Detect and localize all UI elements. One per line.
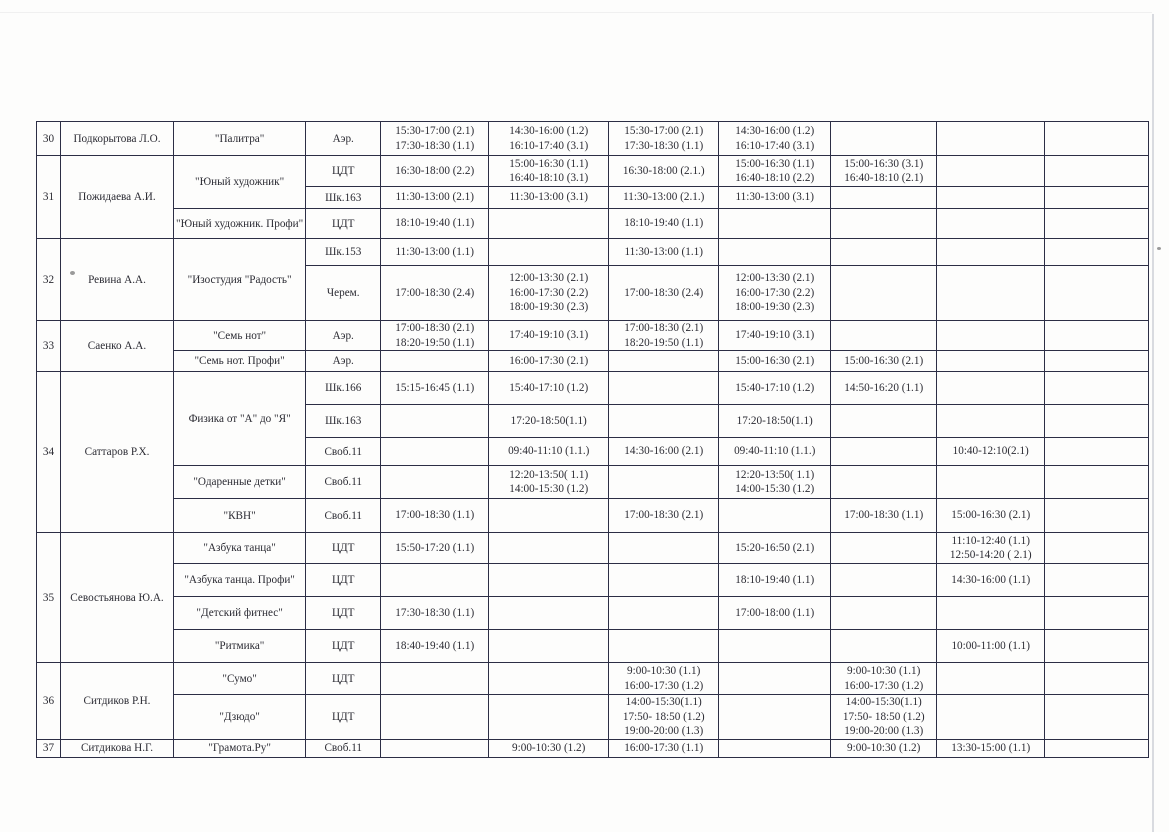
schedule-cell-day-7 bbox=[1045, 663, 1149, 695]
time-slot: 17:30-18:30 (1.1) bbox=[383, 139, 486, 154]
time-slot: 16:40-18:10 (3.1) bbox=[491, 171, 606, 186]
schedule-cell-day-3: 11:30-13:00 (2.1.) bbox=[609, 187, 719, 209]
schedule-cell-day-4 bbox=[719, 630, 831, 663]
schedule-cell-day-4 bbox=[719, 695, 831, 740]
table-row: "Азбука танца. Профи"ЦДТ18:10-19:40 (1.1… bbox=[37, 564, 1149, 597]
time-slot: 15:00-16:30 (1.1) bbox=[491, 157, 606, 172]
schedule-cell-day-5 bbox=[831, 209, 937, 239]
venue: Аэр. bbox=[306, 321, 381, 351]
table-row: "Одаренные детки"Своб.1112:20-13:50( 1.1… bbox=[37, 466, 1149, 499]
schedule-cell-day-1: 17:00-18:30 (2.4) bbox=[381, 266, 489, 321]
schedule-cell-day-7 bbox=[1045, 499, 1149, 533]
venue: ЦДТ bbox=[306, 695, 381, 740]
time-slot: 18:10-19:40 (1.1) bbox=[611, 216, 716, 231]
schedule-cell-day-7 bbox=[1045, 122, 1149, 156]
schedule-cell-day-5 bbox=[831, 321, 937, 351]
schedule-cell-day-5 bbox=[831, 466, 937, 499]
time-slot: 15:50-17:20 (1.1) bbox=[383, 541, 486, 556]
time-slot: 9:00-10:30 (1.2) bbox=[491, 741, 606, 756]
schedule-body: 30Подкорытова Л.О."Палитра"Аэр.15:30-17:… bbox=[37, 122, 1149, 758]
schedule-cell-day-1: 16:30-18:00 (2.2) bbox=[381, 156, 489, 187]
schedule-cell-day-1 bbox=[381, 466, 489, 499]
schedule-cell-day-4: 17:40-19:10 (3.1) bbox=[719, 321, 831, 351]
time-slot: 16:00-17:30 (2.2) bbox=[491, 286, 606, 301]
schedule-cell-day-1: 11:30-13:00 (1.1) bbox=[381, 239, 489, 266]
schedule-cell-day-6 bbox=[937, 663, 1045, 695]
time-slot: 17:40-19:10 (3.1) bbox=[721, 328, 828, 343]
venue: Своб.11 bbox=[306, 739, 381, 757]
schedule-cell-day-6: 15:00-16:30 (2.1) bbox=[937, 499, 1045, 533]
venue: Аэр. bbox=[306, 122, 381, 156]
schedule-cell-day-3 bbox=[609, 466, 719, 499]
program-name: Физика от "А" до "Я" bbox=[174, 372, 306, 466]
time-slot: 15:00-16:30 (3.1) bbox=[833, 157, 934, 172]
schedule-cell-day-6 bbox=[937, 209, 1045, 239]
schedule-cell-day-3 bbox=[609, 372, 719, 405]
venue: Шк.163 bbox=[306, 405, 381, 438]
table-row: 34Саттаров Р.Х.Физика от "А" до "Я"Шк.16… bbox=[37, 372, 1149, 405]
time-slot: 17:00-18:30 (2.4) bbox=[611, 286, 716, 301]
schedule-cell-day-3: 16:00-17:30 (1.1) bbox=[609, 739, 719, 757]
schedule-cell-day-4: 17:20-18:50(1.1) bbox=[719, 405, 831, 438]
time-slot: 9:00-10:30 (1.2) bbox=[833, 741, 934, 756]
schedule-cell-day-3 bbox=[609, 597, 719, 630]
time-slot: 12:20-13:50( 1.1) bbox=[721, 468, 828, 483]
schedule-cell-day-1 bbox=[381, 663, 489, 695]
schedule-cell-day-2 bbox=[489, 564, 609, 597]
table-row: "Юный художник. Профи"ЦДТ18:10-19:40 (1.… bbox=[37, 209, 1149, 239]
schedule-cell-day-1: 15:15-16:45 (1.1) bbox=[381, 372, 489, 405]
time-slot: 18:00-19:30 (2.3) bbox=[491, 300, 606, 315]
schedule-cell-day-3: 11:30-13:00 (1.1) bbox=[609, 239, 719, 266]
table-row: 35Севостьянова Ю.А."Азбука танца"ЦДТ15:5… bbox=[37, 533, 1149, 564]
teacher-name: Подкорытова Л.О. bbox=[61, 122, 174, 156]
schedule-cell-day-2 bbox=[489, 499, 609, 533]
time-slot: 14:30-16:00 (1.1) bbox=[939, 573, 1042, 588]
time-slot: 16:40-18:10 (2.1) bbox=[833, 171, 934, 186]
schedule-cell-day-3 bbox=[609, 630, 719, 663]
schedule-cell-day-3: 14:00-15:30(1.1)17:50- 18:50 (1.2)19:00-… bbox=[609, 695, 719, 740]
schedule-cell-day-4: 17:00-18:00 (1.1) bbox=[719, 597, 831, 630]
schedule-cell-day-2: 17:40-19:10 (3.1) bbox=[489, 321, 609, 351]
program-name: "Азбука танца" bbox=[174, 533, 306, 564]
schedule-cell-day-5: 17:00-18:30 (1.1) bbox=[831, 499, 937, 533]
time-slot: 19:00-20:00 (1.3) bbox=[611, 724, 716, 739]
schedule-cell-day-2: 09:40-11:10 (1.1.) bbox=[489, 438, 609, 466]
schedule-cell-day-7 bbox=[1045, 187, 1149, 209]
schedule-cell-day-6 bbox=[937, 695, 1045, 740]
time-slot: 18:20-19:50 (1.1) bbox=[383, 336, 486, 351]
time-slot: 11:30-13:00 (2.1.) bbox=[611, 190, 716, 205]
schedule-cell-day-4: 14:30-16:00 (1.2)16:10-17:40 (3.1) bbox=[719, 122, 831, 156]
table-row: 32Ревина А.А."Изостудия "Радость"Шк.1531… bbox=[37, 239, 1149, 266]
time-slot: 16:10-17:40 (3.1) bbox=[721, 139, 828, 154]
time-slot: 15:15-16:45 (1.1) bbox=[383, 381, 486, 396]
row-number: 33 bbox=[37, 321, 61, 372]
schedule-cell-day-3: 18:10-19:40 (1.1) bbox=[609, 209, 719, 239]
schedule-cell-day-5: 15:00-16:30 (2.1) bbox=[831, 351, 937, 372]
time-slot: 19:00-20:00 (1.3) bbox=[833, 724, 934, 739]
venue: Аэр. bbox=[306, 351, 381, 372]
time-slot: 16:00-17:30 (2.1) bbox=[491, 354, 606, 369]
time-slot: 11:30-13:00 (1.1) bbox=[611, 245, 716, 260]
table-row: "Семь нот. Профи"Аэр.16:00-17:30 (2.1)15… bbox=[37, 351, 1149, 372]
program-name: "Изостудия "Радость" bbox=[174, 239, 306, 321]
schedule-cell-day-7 bbox=[1045, 564, 1149, 597]
time-slot: 16:00-17:30 (1.2) bbox=[833, 679, 934, 694]
schedule-cell-day-1: 18:40-19:40 (1.1) bbox=[381, 630, 489, 663]
scan-speck bbox=[1157, 247, 1161, 250]
program-name: "Грамота.Ру" bbox=[174, 739, 306, 757]
time-slot: 15:00-16:30 (2.1) bbox=[721, 354, 828, 369]
schedule-cell-day-6 bbox=[937, 239, 1045, 266]
time-slot: 17:00-18:30 (1.1) bbox=[833, 508, 934, 523]
schedule-cell-day-1: 17:00-18:30 (1.1) bbox=[381, 499, 489, 533]
schedule-cell-day-4 bbox=[719, 663, 831, 695]
time-slot: 14:00-15:30(1.1) bbox=[611, 695, 716, 710]
table-row: 31Пожидаева А.И."Юный художник"ЦДТ16:30-… bbox=[37, 156, 1149, 187]
teacher-name: Ревина А.А. bbox=[61, 239, 174, 321]
schedule-cell-day-7 bbox=[1045, 372, 1149, 405]
row-number: 37 bbox=[37, 739, 61, 757]
table-row: 37Ситдикова Н.Г."Грамота.Ру"Своб.119:00-… bbox=[37, 739, 1149, 757]
schedule-cell-day-7 bbox=[1045, 351, 1149, 372]
schedule-cell-day-4 bbox=[719, 239, 831, 266]
schedule-cell-day-1: 17:30-18:30 (1.1) bbox=[381, 597, 489, 630]
schedule-cell-day-6: 14:30-16:00 (1.1) bbox=[937, 564, 1045, 597]
schedule-cell-day-1 bbox=[381, 564, 489, 597]
schedule-cell-day-2 bbox=[489, 533, 609, 564]
schedule-cell-day-3: 9:00-10:30 (1.1)16:00-17:30 (1.2) bbox=[609, 663, 719, 695]
schedule-cell-day-7 bbox=[1045, 156, 1149, 187]
schedule-cell-day-3 bbox=[609, 351, 719, 372]
schedule-cell-day-2: 15:40-17:10 (1.2) bbox=[489, 372, 609, 405]
time-slot: 15:30-17:00 (2.1) bbox=[611, 124, 716, 139]
schedule-cell-day-7 bbox=[1045, 597, 1149, 630]
venue: Своб.11 bbox=[306, 499, 381, 533]
program-name: "Детский фитнес" bbox=[174, 597, 306, 630]
schedule-cell-day-2 bbox=[489, 695, 609, 740]
program-name: "Дзюдо" bbox=[174, 695, 306, 740]
schedule-cell-day-5: 14:50-16:20 (1.1) bbox=[831, 372, 937, 405]
schedule-cell-day-7 bbox=[1045, 438, 1149, 466]
teacher-name: Севостьянова Ю.А. bbox=[61, 533, 174, 663]
program-name: "Сумо" bbox=[174, 663, 306, 695]
time-slot: 16:40-18:10 (2.2) bbox=[721, 171, 828, 186]
schedule-cell-day-6: 11:10-12:40 (1.1)12:50-14:20 ( 2.1) bbox=[937, 533, 1045, 564]
program-name: "Юный художник. Профи" bbox=[174, 209, 306, 239]
schedule-cell-day-4: 15:00-16:30 (2.1) bbox=[719, 351, 831, 372]
schedule-cell-day-6 bbox=[937, 405, 1045, 438]
time-slot: 15:40-17:10 (1.2) bbox=[721, 381, 828, 396]
schedule-cell-day-6 bbox=[937, 122, 1045, 156]
row-number: 35 bbox=[37, 533, 61, 663]
schedule-cell-day-4 bbox=[719, 499, 831, 533]
schedule-cell-day-5 bbox=[831, 266, 937, 321]
table-row: "КВН"Своб.1117:00-18:30 (1.1)17:00-18:30… bbox=[37, 499, 1149, 533]
venue: ЦДТ bbox=[306, 597, 381, 630]
schedule-cell-day-7 bbox=[1045, 239, 1149, 266]
time-slot: 11:10-12:40 (1.1) bbox=[939, 534, 1042, 549]
schedule-cell-day-4: 09:40-11:10 (1.1.) bbox=[719, 438, 831, 466]
schedule-cell-day-7 bbox=[1045, 739, 1149, 757]
time-slot: 14:50-16:20 (1.1) bbox=[833, 381, 934, 396]
schedule-cell-day-1: 17:00-18:30 (2.1)18:20-19:50 (1.1) bbox=[381, 321, 489, 351]
row-number: 34 bbox=[37, 372, 61, 533]
time-slot: 12:00-13:30 (2.1) bbox=[491, 271, 606, 286]
time-slot: 17:20-18:50(1.1) bbox=[491, 414, 606, 429]
time-slot: 10:00-11:00 (1.1) bbox=[939, 639, 1042, 654]
time-slot: 17:50- 18:50 (1.2) bbox=[611, 710, 716, 725]
time-slot: 18:10-19:40 (1.1) bbox=[721, 573, 828, 588]
schedule-cell-day-5: 15:00-16:30 (3.1)16:40-18:10 (2.1) bbox=[831, 156, 937, 187]
time-slot: 16:00-17:30 (1.2) bbox=[611, 679, 716, 694]
schedule-cell-day-5 bbox=[831, 122, 937, 156]
time-slot: 15:30-17:00 (2.1) bbox=[383, 124, 486, 139]
schedule-cell-day-5 bbox=[831, 438, 937, 466]
schedule-cell-day-1: 18:10-19:40 (1.1) bbox=[381, 209, 489, 239]
venue: Своб.11 bbox=[306, 438, 381, 466]
schedule-cell-day-6 bbox=[937, 466, 1045, 499]
time-slot: 14:00-15:30(1.1) bbox=[833, 695, 934, 710]
schedule-cell-day-7 bbox=[1045, 209, 1149, 239]
teacher-name: Пожидаева А.И. bbox=[61, 156, 174, 239]
schedule-cell-day-1: 15:50-17:20 (1.1) bbox=[381, 533, 489, 564]
table-row: "Дзюдо"ЦДТ14:00-15:30(1.1)17:50- 18:50 (… bbox=[37, 695, 1149, 740]
schedule-cell-day-6 bbox=[937, 597, 1045, 630]
schedule-cell-day-5 bbox=[831, 630, 937, 663]
schedule-cell-day-5: 14:00-15:30(1.1)17:50- 18:50 (1.2)19:00-… bbox=[831, 695, 937, 740]
time-slot: 13:30-15:00 (1.1) bbox=[939, 741, 1042, 756]
schedule-cell-day-7 bbox=[1045, 466, 1149, 499]
schedule-cell-day-7 bbox=[1045, 695, 1149, 740]
row-number: 36 bbox=[37, 663, 61, 740]
schedule-cell-day-4 bbox=[719, 209, 831, 239]
table-row: 36Ситдиков Р.Н."Сумо"ЦДТ9:00-10:30 (1.1)… bbox=[37, 663, 1149, 695]
schedule-cell-day-2: 11:30-13:00 (3.1) bbox=[489, 187, 609, 209]
program-name: "Ритмика" bbox=[174, 630, 306, 663]
venue: Своб.11 bbox=[306, 466, 381, 499]
time-slot: 17:30-18:30 (1.1) bbox=[383, 606, 486, 621]
time-slot: 15:00-16:30 (2.1) bbox=[833, 354, 934, 369]
schedule-cell-day-4: 18:10-19:40 (1.1) bbox=[719, 564, 831, 597]
schedule-cell-day-7 bbox=[1045, 321, 1149, 351]
time-slot: 11:30-13:00 (2.1) bbox=[383, 190, 486, 205]
schedule-cell-day-2 bbox=[489, 597, 609, 630]
teacher-name: Ситдикова Н.Г. bbox=[61, 739, 174, 757]
time-slot: 16:10-17:40 (3.1) bbox=[491, 139, 606, 154]
time-slot: 11:30-13:00 (3.1) bbox=[491, 190, 606, 205]
schedule-cell-day-4: 12:00-13:30 (2.1)16:00-17:30 (2.2)18:00-… bbox=[719, 266, 831, 321]
time-slot: 16:30-18:00 (2.1.) bbox=[611, 164, 716, 179]
schedule-cell-day-1: 11:30-13:00 (2.1) bbox=[381, 187, 489, 209]
schedule-cell-day-2: 12:00-13:30 (2.1)16:00-17:30 (2.2)18:00-… bbox=[489, 266, 609, 321]
program-name: "Семь нот" bbox=[174, 321, 306, 351]
page-edge-top bbox=[0, 12, 1152, 13]
time-slot: 17:00-18:30 (1.1) bbox=[383, 508, 486, 523]
time-slot: 12:20-13:50( 1.1) bbox=[491, 468, 606, 483]
venue: Черем. bbox=[306, 266, 381, 321]
schedule-cell-day-4: 15:40-17:10 (1.2) bbox=[719, 372, 831, 405]
schedule-cell-day-1 bbox=[381, 351, 489, 372]
time-slot: 14:00-15:30 (1.2) bbox=[721, 482, 828, 497]
time-slot: 12:00-13:30 (2.1) bbox=[721, 271, 828, 286]
schedule-cell-day-6: 10:40-12:10(2.1) bbox=[937, 438, 1045, 466]
table-row: "Детский фитнес"ЦДТ17:30-18:30 (1.1)17:0… bbox=[37, 597, 1149, 630]
time-slot: 14:00-15:30 (1.2) bbox=[491, 482, 606, 497]
time-slot: 9:00-10:30 (1.1) bbox=[611, 664, 716, 679]
schedule-cell-day-7 bbox=[1045, 266, 1149, 321]
time-slot: 16:30-18:00 (2.2) bbox=[383, 164, 486, 179]
time-slot: 09:40-11:10 (1.1.) bbox=[491, 444, 606, 459]
schedule-cell-day-4 bbox=[719, 739, 831, 757]
schedule-cell-day-4: 15:00-16:30 (1.1)16:40-18:10 (2.2) bbox=[719, 156, 831, 187]
row-number: 32 bbox=[37, 239, 61, 321]
time-slot: 15:00-16:30 (2.1) bbox=[939, 508, 1042, 523]
schedule-cell-day-7 bbox=[1045, 630, 1149, 663]
venue: ЦДТ bbox=[306, 564, 381, 597]
time-slot: 15:20-16:50 (2.1) bbox=[721, 541, 828, 556]
schedule-cell-day-5 bbox=[831, 533, 937, 564]
time-slot: 10:40-12:10(2.1) bbox=[939, 444, 1042, 459]
schedule-cell-day-1 bbox=[381, 739, 489, 757]
schedule-cell-day-2: 17:20-18:50(1.1) bbox=[489, 405, 609, 438]
schedule-table: 30Подкорытова Л.О."Палитра"Аэр.15:30-17:… bbox=[36, 121, 1149, 758]
time-slot: 17:20-18:50(1.1) bbox=[721, 414, 828, 429]
time-slot: 17:00-18:30 (2.4) bbox=[383, 286, 486, 301]
page-edge-right bbox=[1152, 14, 1154, 832]
schedule-cell-day-2 bbox=[489, 239, 609, 266]
venue: Шк.153 bbox=[306, 239, 381, 266]
time-slot: 16:00-17:30 (1.1) bbox=[611, 741, 716, 756]
schedule-cell-day-2 bbox=[489, 663, 609, 695]
schedule-cell-day-3: 17:00-18:30 (2.1)18:20-19:50 (1.1) bbox=[609, 321, 719, 351]
time-slot: 18:20-19:50 (1.1) bbox=[611, 336, 716, 351]
time-slot: 14:30-16:00 (1.2) bbox=[491, 124, 606, 139]
schedule-cell-day-5: 9:00-10:30 (1.2) bbox=[831, 739, 937, 757]
schedule-cell-day-3 bbox=[609, 564, 719, 597]
time-slot: 14:30-16:00 (2.1) bbox=[611, 444, 716, 459]
program-name: "Юный художник" bbox=[174, 156, 306, 209]
schedule-cell-day-1 bbox=[381, 695, 489, 740]
time-slot: 17:00-18:00 (1.1) bbox=[721, 606, 828, 621]
schedule-cell-day-2: 16:00-17:30 (2.1) bbox=[489, 351, 609, 372]
venue: Шк.163 bbox=[306, 187, 381, 209]
schedule-cell-day-6 bbox=[937, 266, 1045, 321]
schedule-cell-day-7 bbox=[1045, 405, 1149, 438]
schedule-cell-day-2 bbox=[489, 209, 609, 239]
table-row: 30Подкорытова Л.О."Палитра"Аэр.15:30-17:… bbox=[37, 122, 1149, 156]
schedule-cell-day-4: 12:20-13:50( 1.1)14:00-15:30 (1.2) bbox=[719, 466, 831, 499]
teacher-name: Саттаров Р.Х. bbox=[61, 372, 174, 533]
time-slot: 17:00-18:30 (2.1) bbox=[611, 321, 716, 336]
schedule-cell-day-2: 14:30-16:00 (1.2)16:10-17:40 (3.1) bbox=[489, 122, 609, 156]
schedule-cell-day-2: 9:00-10:30 (1.2) bbox=[489, 739, 609, 757]
venue: ЦДТ bbox=[306, 663, 381, 695]
schedule-cell-day-2: 15:00-16:30 (1.1)16:40-18:10 (3.1) bbox=[489, 156, 609, 187]
time-slot: 17:00-18:30 (2.1) bbox=[611, 508, 716, 523]
time-slot: 15:40-17:10 (1.2) bbox=[491, 381, 606, 396]
schedule-cell-day-7 bbox=[1045, 533, 1149, 564]
schedule-cell-day-3: 17:00-18:30 (2.4) bbox=[609, 266, 719, 321]
schedule-cell-day-5 bbox=[831, 564, 937, 597]
schedule-cell-day-4: 15:20-16:50 (2.1) bbox=[719, 533, 831, 564]
row-number: 31 bbox=[37, 156, 61, 239]
table-row: "Ритмика"ЦДТ18:40-19:40 (1.1)10:00-11:00… bbox=[37, 630, 1149, 663]
schedule-cell-day-5 bbox=[831, 405, 937, 438]
time-slot: 18:40-19:40 (1.1) bbox=[383, 639, 486, 654]
program-name: "КВН" bbox=[174, 499, 306, 533]
venue: ЦДТ bbox=[306, 533, 381, 564]
venue: ЦДТ bbox=[306, 630, 381, 663]
schedule-cell-day-1 bbox=[381, 438, 489, 466]
schedule-cell-day-6 bbox=[937, 321, 1045, 351]
program-name: "Палитра" bbox=[174, 122, 306, 156]
schedule-cell-day-5 bbox=[831, 239, 937, 266]
time-slot: 9:00-10:30 (1.1) bbox=[833, 664, 934, 679]
venue: ЦДТ bbox=[306, 156, 381, 187]
schedule-cell-day-3: 14:30-16:00 (2.1) bbox=[609, 438, 719, 466]
time-slot: 16:00-17:30 (2.2) bbox=[721, 286, 828, 301]
schedule-cell-day-1: 15:30-17:00 (2.1)17:30-18:30 (1.1) bbox=[381, 122, 489, 156]
schedule-cell-day-3 bbox=[609, 533, 719, 564]
schedule-cell-day-6: 10:00-11:00 (1.1) bbox=[937, 630, 1045, 663]
schedule-cell-day-1 bbox=[381, 405, 489, 438]
time-slot: 17:50- 18:50 (1.2) bbox=[833, 710, 934, 725]
schedule-cell-day-3 bbox=[609, 405, 719, 438]
time-slot: 17:00-18:30 (2.1) bbox=[383, 321, 486, 336]
time-slot: 09:40-11:10 (1.1.) bbox=[721, 444, 828, 459]
schedule-cell-day-6 bbox=[937, 187, 1045, 209]
schedule-cell-day-5: 9:00-10:30 (1.1)16:00-17:30 (1.2) bbox=[831, 663, 937, 695]
schedule-cell-day-6: 13:30-15:00 (1.1) bbox=[937, 739, 1045, 757]
schedule-cell-day-6 bbox=[937, 372, 1045, 405]
time-slot: 11:30-13:00 (3.1) bbox=[721, 190, 828, 205]
schedule-cell-day-2 bbox=[489, 630, 609, 663]
time-slot: 14:30-16:00 (1.2) bbox=[721, 124, 828, 139]
time-slot: 18:00-19:30 (2.3) bbox=[721, 300, 828, 315]
schedule-cell-day-5 bbox=[831, 597, 937, 630]
schedule-cell-day-4: 11:30-13:00 (3.1) bbox=[719, 187, 831, 209]
venue: ЦДТ bbox=[306, 209, 381, 239]
row-number: 30 bbox=[37, 122, 61, 156]
schedule-cell-day-3: 15:30-17:00 (2.1)17:30-18:30 (1.1) bbox=[609, 122, 719, 156]
schedule-cell-day-3: 17:00-18:30 (2.1) bbox=[609, 499, 719, 533]
table-row: 33Саенко А.А."Семь нот"Аэр.17:00-18:30 (… bbox=[37, 321, 1149, 351]
schedule-cell-day-2: 12:20-13:50( 1.1)14:00-15:30 (1.2) bbox=[489, 466, 609, 499]
time-slot: 18:10-19:40 (1.1) bbox=[383, 216, 486, 231]
schedule-cell-day-6 bbox=[937, 156, 1045, 187]
time-slot: 17:40-19:10 (3.1) bbox=[491, 328, 606, 343]
time-slot: 17:30-18:30 (1.1) bbox=[611, 139, 716, 154]
teacher-name: Саенко А.А. bbox=[61, 321, 174, 372]
teacher-name: Ситдиков Р.Н. bbox=[61, 663, 174, 740]
time-slot: 12:50-14:20 ( 2.1) bbox=[939, 548, 1042, 563]
venue: Шк.166 bbox=[306, 372, 381, 405]
program-name: "Семь нот. Профи" bbox=[174, 351, 306, 372]
schedule-cell-day-6 bbox=[937, 351, 1045, 372]
schedule-cell-day-3: 16:30-18:00 (2.1.) bbox=[609, 156, 719, 187]
program-name: "Одаренные детки" bbox=[174, 466, 306, 499]
schedule-cell-day-5 bbox=[831, 187, 937, 209]
time-slot: 15:00-16:30 (1.1) bbox=[721, 157, 828, 172]
time-slot: 11:30-13:00 (1.1) bbox=[383, 245, 486, 260]
program-name: "Азбука танца. Профи" bbox=[174, 564, 306, 597]
